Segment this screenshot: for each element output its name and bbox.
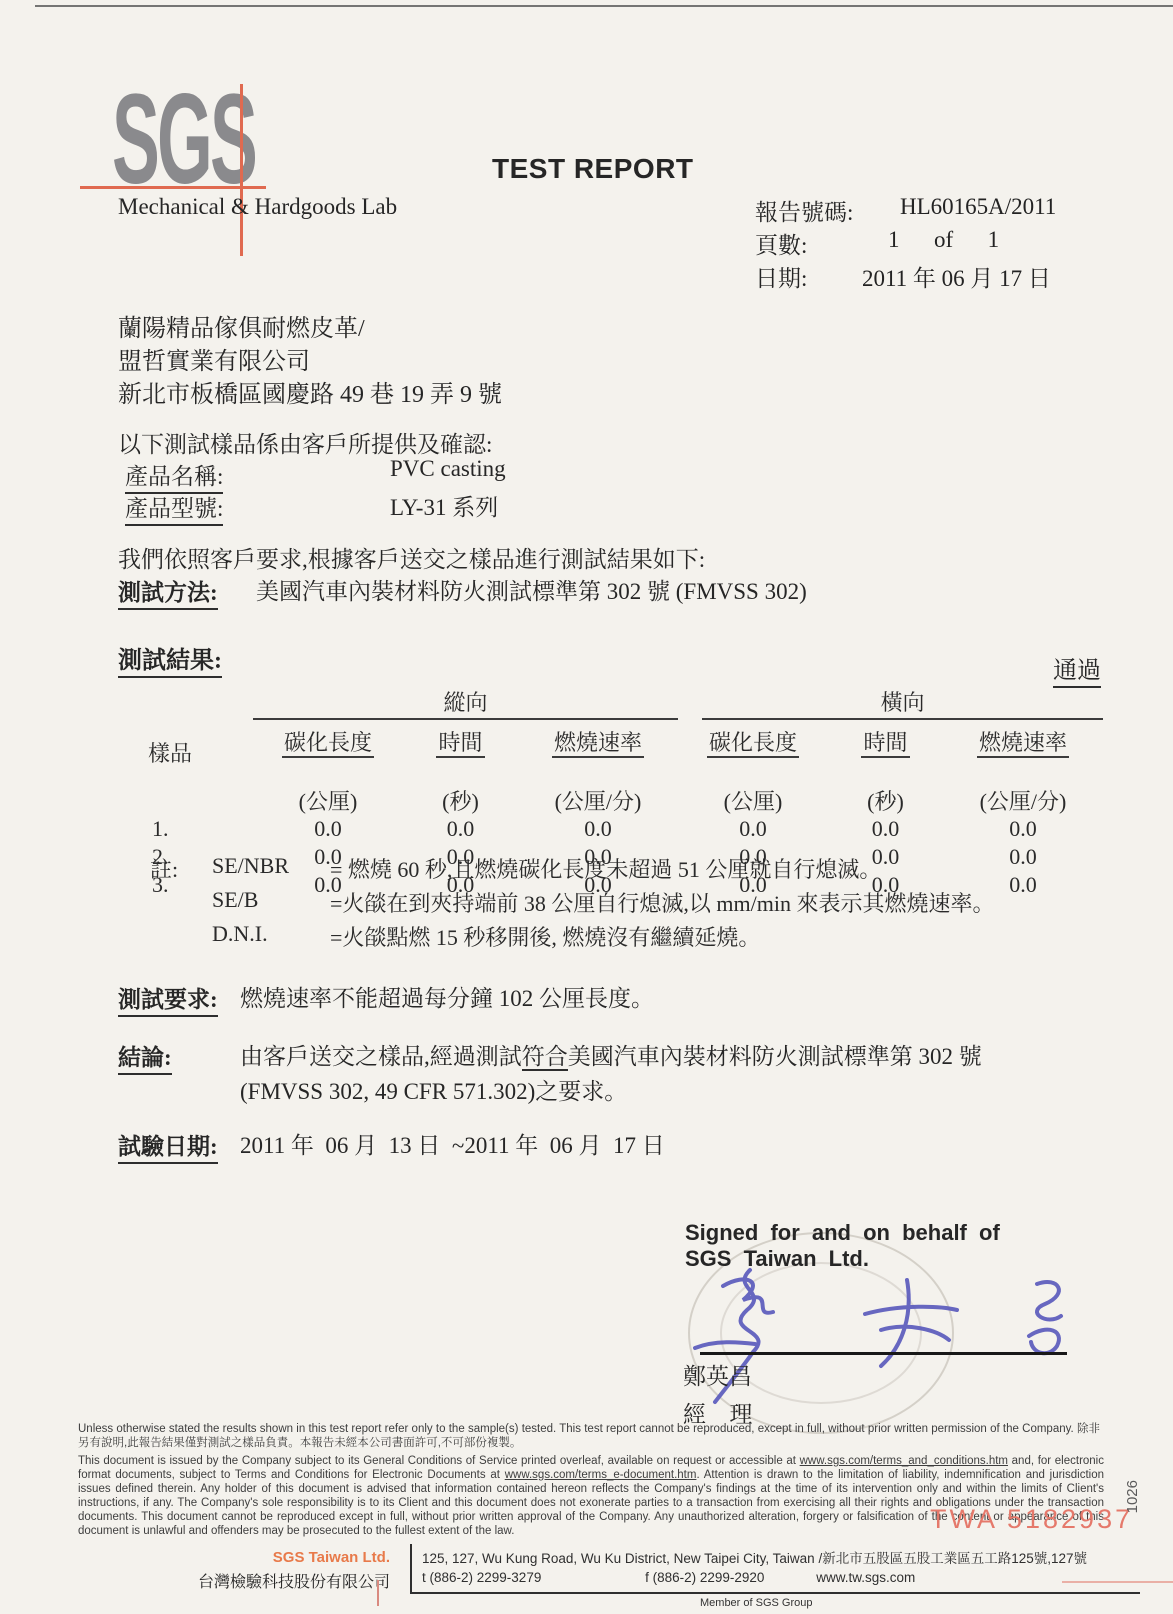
- results-heading: 測試結果:: [118, 640, 222, 678]
- notes-label: 註:: [150, 853, 178, 884]
- pages-label: 頁數:: [755, 227, 807, 260]
- twa-number: TWA 5182937: [930, 1504, 1133, 1535]
- conclusion-line2: (FMVSS 302, 49 CFR 571.302)之要求。: [240, 1073, 627, 1106]
- client-name-line2: 盟哲實業有限公司: [118, 341, 310, 376]
- table-row-1-cell: 0.0: [828, 816, 943, 844]
- footer-tel: t (886-2) 2299-3279: [422, 1570, 541, 1585]
- test-report-page: SGS Mechanical & Hardgoods Lab TEST REPO…: [0, 0, 1173, 1614]
- col-header-char-length-v: 碳化長度: [253, 720, 403, 757]
- test-date-label: 試驗日期:: [118, 1128, 218, 1164]
- footer-divider: [410, 1544, 412, 1594]
- signature-line: [700, 1352, 1067, 1355]
- sample-intro: 以下測試樣品係由客戶所提供及確認:: [118, 426, 492, 459]
- report-no-value: HL60165A/2011: [900, 194, 1056, 220]
- unit-burn-rate-v: (公厘/分): [518, 785, 678, 816]
- product-model-value: LY-31 系列: [390, 489, 498, 522]
- table-row-1-cell: 0.0: [403, 816, 518, 844]
- footer-rule: [410, 1592, 1140, 1594]
- report-no-label: 報告號碼:: [755, 194, 853, 227]
- unit-time-v: (秒): [403, 785, 518, 816]
- product-name-value: PVC casting: [390, 456, 506, 482]
- logo-cross-horizontal: [80, 186, 266, 189]
- group-header-horizontal: 橫向: [702, 686, 1103, 720]
- footer-company-en: SGS Taiwan Ltd.: [150, 1549, 390, 1566]
- footer-company-zh: 台灣檢驗科技股份有限公司: [120, 1569, 390, 1592]
- sample-col-header: 樣品: [118, 737, 253, 768]
- logo-cross-vertical: [240, 84, 243, 256]
- footer-web: www.tw.sgs.com: [816, 1570, 915, 1585]
- sgs-logo: SGS: [112, 90, 255, 190]
- conclusion-line1: 由客戶送交之樣品,經過測試符合美國汽車內裝材料防火測試標準第 302 號: [240, 1038, 982, 1071]
- requirement-text: 燃燒速率不能超過每分鐘 102 公厘長度。: [240, 980, 654, 1013]
- signer-name: 鄭英昌: [683, 1358, 752, 1391]
- method-intro: 我們依照客戶要求,根據客戶送交之樣品進行測試結果如下:: [118, 541, 705, 574]
- table-row-1-cell: 0.0: [518, 816, 678, 844]
- scan-artifact-red-vertical: [377, 1580, 379, 1606]
- table-row-1-cell: 0.0: [678, 816, 828, 844]
- client-address: 新北市板橋區國慶路 49 巷 19 弄 9 號: [118, 374, 502, 409]
- note-se-nbr: SE/NBR = 燃燒 60 秒,且燃燒碳化長度未超過 51 公厘就自行熄滅。: [212, 853, 881, 884]
- date-value: 2011 年 06 月 17 日: [862, 260, 1051, 293]
- col-header-time-h: 時間: [828, 720, 943, 757]
- table-row-1-id: 1.: [118, 816, 253, 844]
- page-title: TEST REPORT: [492, 153, 694, 185]
- product-name-label: 產品名稱:: [125, 458, 223, 494]
- signed-for-line1: Signed for and on behalf of: [685, 1220, 1000, 1246]
- date-label: 日期:: [755, 260, 807, 293]
- col-header-burn-rate-h: 燃燒速率: [943, 720, 1103, 757]
- scan-artifact-pink-line: [1062, 1581, 1173, 1583]
- unit-time-h: (秒): [828, 785, 943, 816]
- footer-fax: f (886-2) 2299-2920: [645, 1570, 764, 1585]
- method-label: 測試方法:: [118, 574, 218, 610]
- unit-char-length-v: (公厘): [253, 785, 403, 816]
- note-dni: D.N.I. =火燄點燃 15 秒移開後, 燃燒沒有繼續延燒。: [212, 921, 760, 952]
- col-header-char-length-h: 碳化長度: [678, 720, 828, 757]
- col-header-burn-rate-v: 燃燒速率: [518, 720, 678, 757]
- conclusion-label: 結論:: [118, 1039, 172, 1075]
- lab-name: Mechanical & Hardgoods Lab: [118, 194, 397, 220]
- requirement-label: 測試要求:: [118, 981, 218, 1017]
- pass-label: 通過: [1053, 650, 1101, 688]
- scan-edge-top: [35, 5, 1173, 7]
- note-se-b: SE/B =火燄在到夾持端前 38 公厘自行熄滅,以 mm/min 來表示其燃燒…: [212, 887, 994, 918]
- table-corner-spacer: [118, 686, 253, 720]
- group-header-vertical: 縱向: [253, 686, 678, 720]
- table-row-1-cell: 0.0: [943, 816, 1103, 844]
- footer-contact-row: t (886-2) 2299-3279 f (886-2) 2299-2920 …: [422, 1570, 915, 1585]
- footer-address: 125, 127, Wu Kung Road, Wu Ku District, …: [422, 1547, 1137, 1567]
- side-number: 1026: [1124, 1480, 1141, 1513]
- client-name-line1: 蘭陽精品傢俱耐燃皮革/: [118, 308, 365, 343]
- product-model-label: 產品型號:: [125, 490, 223, 526]
- footer-member: Member of SGS Group: [700, 1597, 813, 1609]
- col-header-time-v: 時間: [403, 720, 518, 757]
- table-row-2-cell: 0.0: [943, 844, 1103, 872]
- unit-burn-rate-h: (公厘/分): [943, 785, 1103, 816]
- test-date-value: 2011 年 06 月 13 日 ~2011 年 06 月 17 日: [240, 1127, 665, 1160]
- pages-value: 1 of 1: [888, 227, 999, 253]
- legal-paragraph-1: Unless otherwise stated the results show…: [78, 1422, 1100, 1450]
- method-value: 美國汽車內裝材料防火測試標準第 302 號 (FMVSS 302): [256, 573, 807, 606]
- table-row-1-cell: 0.0: [253, 816, 403, 844]
- unit-char-length-h: (公厘): [678, 785, 828, 816]
- unit-spacer: [118, 785, 253, 816]
